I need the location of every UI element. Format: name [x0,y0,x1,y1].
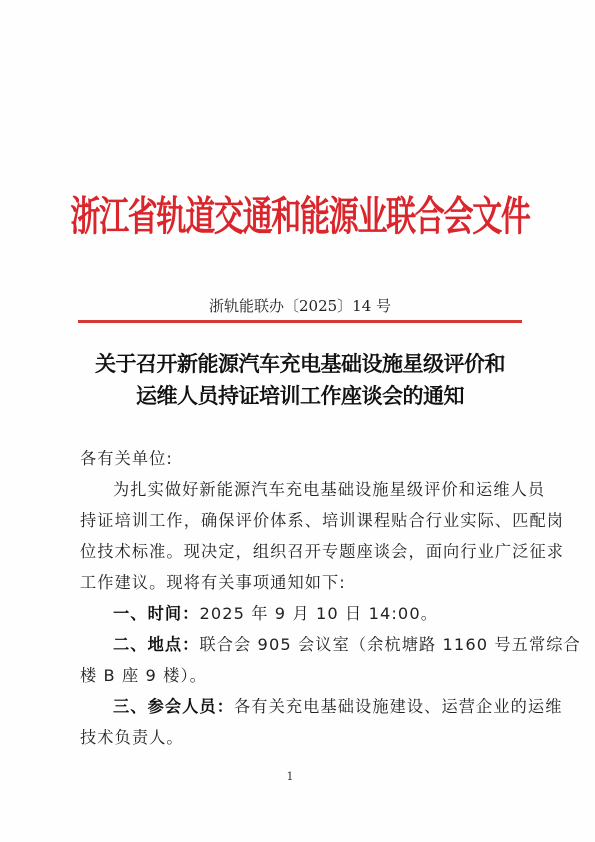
item-attendees-value-line-1: 各有关充电基础设施建设、运营企业的运维 [234,697,562,716]
item-time: 一、时间：2025 年 9 月 10 日 14:00。 [80,598,520,629]
organization-banner: 浙江省轨道交通和能源业联合会文件 [70,180,530,256]
salutation: 各有关单位: [80,443,520,474]
intro-line-3: 位技术标准。现决定，组织召开专题座谈会，面向行业广泛征求 [80,536,520,567]
item-attendees-label: 三、参会人员： [113,697,234,716]
item-attendees: 三、参会人员：各有关充电基础设施建设、运营企业的运维 [80,691,520,722]
item-time-value: 2025 年 9 月 10 日 14:00。 [199,604,438,623]
notice-title: 关于召开新能源汽车充电基础设施星级评价和 运维人员持证培训工作座谈会的通知 [70,348,530,412]
document-page: 浙江省轨道交通和能源业联合会文件 浙轨能联办〔2025〕14 号 关于召开新能源… [0,0,595,842]
item-location-value-line-2: 楼 B 座 9 楼）。 [80,660,520,691]
item-time-label: 一、时间： [113,604,199,623]
intro-line-4: 工作建议。现将有关事项通知如下: [80,567,520,598]
intro-line-1: 为扎实做好新能源汽车充电基础设施星级评价和运维人员 [80,474,520,505]
item-location: 二、地点：联合会 905 会议室（余杭塘路 1160 号五常综合 [80,629,520,660]
item-attendees-value-line-2: 技术负责人。 [80,722,520,753]
intro-line-2: 持证培训工作，确保评价体系、培训课程贴合行业实际、匹配岗 [80,505,520,536]
item-location-value-line-1: 联合会 905 会议室（余杭塘路 1160 号五常综合 [199,635,580,654]
notice-body: 各有关单位: 为扎实做好新能源汽车充电基础设施星级评价和运维人员 持证培训工作，… [80,443,520,753]
notice-title-line-1: 关于召开新能源汽车充电基础设施星级评价和 [70,348,530,380]
document-number: 浙轨能联办〔2025〕14 号 [78,296,522,316]
red-divider-rule [78,320,522,323]
item-location-label: 二、地点： [113,635,199,654]
page-number: 1 [280,770,300,783]
notice-title-line-2: 运维人员持证培训工作座谈会的通知 [70,380,530,412]
